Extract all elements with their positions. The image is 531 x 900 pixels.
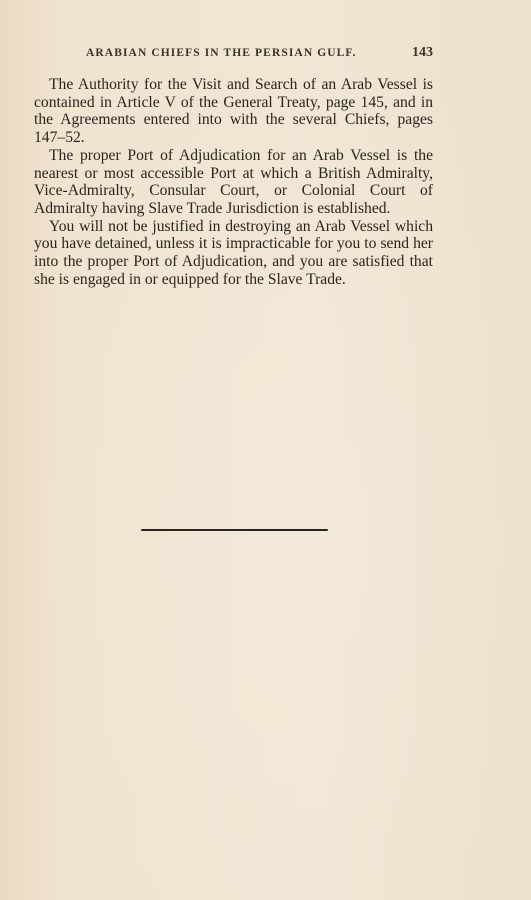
- running-title: ARABIAN CHIEFS IN THE PERSIAN GULF.: [86, 47, 356, 59]
- body-text: The Authority for the Visit and Search o…: [34, 76, 433, 288]
- section-end-rule: [141, 529, 328, 531]
- book-page: ARABIAN CHIEFS IN THE PERSIAN GULF. 143 …: [0, 0, 531, 900]
- running-head: ARABIAN CHIEFS IN THE PERSIAN GULF. 143: [86, 45, 433, 61]
- paragraph-destroying-vessel: You will not be justified in destroying …: [34, 218, 433, 289]
- paragraph-port-of-adjudication: The proper Port of Adjudication for an A…: [34, 147, 433, 218]
- page-number: 143: [412, 45, 433, 61]
- paragraph-visit-and-search: The Authority for the Visit and Search o…: [34, 76, 433, 147]
